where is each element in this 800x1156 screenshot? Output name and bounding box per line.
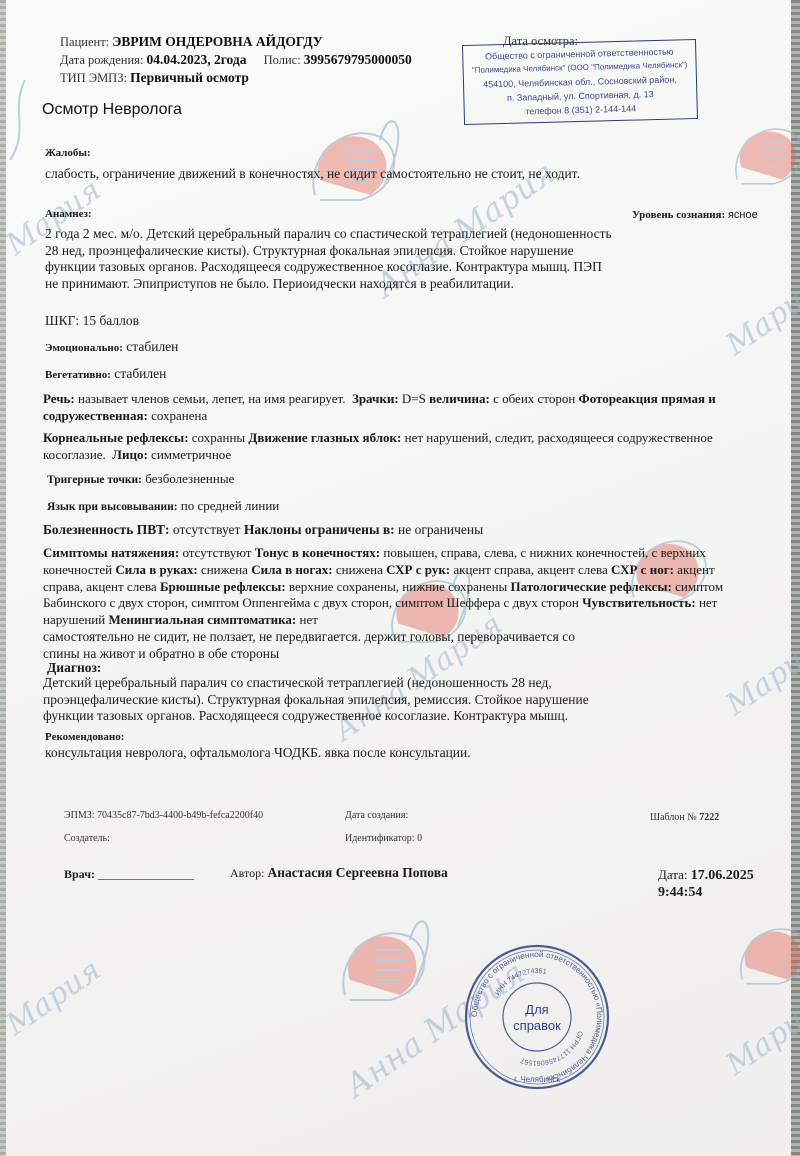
complaints-label: Жалобы: xyxy=(45,147,91,159)
charity-logo-watermark xyxy=(325,910,445,1020)
diagnosis-line: функции тазовых органов. Расходящееся со… xyxy=(43,708,683,725)
tongue-line: Язык при высовывании: по средней линии xyxy=(47,498,279,516)
dtr-arm-value: акцент справа, акцент слева xyxy=(453,562,607,577)
tone-value-cont: конечностей xyxy=(43,562,112,577)
anamnesis-line: функции тазовых органов. Расходящееся со… xyxy=(45,259,645,276)
emr-type-line: ТИП ЭМПЗ: Первичный осмотр xyxy=(60,69,249,87)
pupil-size-label: величина: xyxy=(429,391,490,406)
neuro-status-block: Симптомы натяжения: отсутствуют Тонус в … xyxy=(43,545,793,629)
watermark-script-text: Мария xyxy=(720,272,800,362)
status-line: самостоятельно не сидит, не ползает, не … xyxy=(43,629,663,646)
diagnosis-line: Детский церебральный паралич со спастиче… xyxy=(43,675,683,692)
recommended-label: Рекомендовано: xyxy=(45,731,124,743)
patient-label: Пациент: xyxy=(60,35,109,49)
anamnesis-line: не принимают. Эпиприступов не было. Пери… xyxy=(45,276,645,293)
template-number: Шаблон № 7222 xyxy=(650,812,719,823)
tongue-label: Язык при высовывании: xyxy=(47,501,178,513)
anamnesis-line: 28 нед, проэнцефалические кисты). Структ… xyxy=(45,243,645,260)
stamp-center-line: Для xyxy=(525,1002,548,1017)
anamnesis-line: 2 года 2 мес. м/о. Детский церебральный … xyxy=(45,226,645,243)
pvt-line: Болезненность ПВТ: отсутствует Наклоны о… xyxy=(43,522,483,539)
pupil-size-value: с обеих сторон xyxy=(493,391,575,406)
policy-label: Полис: xyxy=(264,53,301,67)
motor-status-text: самостоятельно не сидит, не ползает, не … xyxy=(43,629,663,662)
trigger-points-line: Тригерные точки: безболезненные xyxy=(47,471,234,489)
charity-logo-watermark xyxy=(300,110,410,220)
corneal-eye-block: Корнеальные рефлексы: сохранны Движение … xyxy=(43,430,783,463)
tone-label: Тонус в конечностях: xyxy=(255,545,380,560)
speech-value: называет членов семьи, лепет, на имя реа… xyxy=(78,391,345,406)
charity-logo-watermark xyxy=(730,900,800,1010)
stamp-inn: ИНН 7447274361 xyxy=(494,968,547,997)
organization-stamp: Общество с ограниченной ответственностью… xyxy=(462,39,698,125)
svg-text:Общество с ограниченной ответс: Общество с ограниченной ответственностью… xyxy=(470,950,604,1083)
photoreaction-label-cont: содружественная: xyxy=(43,408,148,423)
doctor-signature-line: Врач: ________________ xyxy=(64,867,194,882)
date-label: Дата: xyxy=(658,867,688,882)
round-company-stamp: Общество с ограниченной ответственностью… xyxy=(462,942,612,1092)
stamp-center-line: справок xyxy=(513,1018,561,1033)
dtr-arm-label: СХР с рук: xyxy=(386,562,450,577)
watermark-script-text: Мария xyxy=(720,632,800,722)
dob-label: Дата рождения: xyxy=(60,53,143,67)
patient-name: ЭВРИМ ОНДЕРОВНА АЙДОГДУ xyxy=(112,34,322,49)
tone-value: повышен, справа, слева, с нижних конечно… xyxy=(383,545,705,560)
document-title: Осмотр Невролога xyxy=(42,101,182,119)
arm-strength-label: Сила в руках: xyxy=(115,562,197,577)
photoreaction-label: Фотореакция прямая и xyxy=(579,391,716,406)
complaints-text: слабость, ограничение движений в конечно… xyxy=(45,166,580,183)
recommended-text: консультация невролога, офтальмолога ЧОД… xyxy=(45,745,471,762)
face-value: симметричное xyxy=(151,447,231,462)
vegetative-line: Вегетативно: стабилен xyxy=(45,366,166,384)
pupils-label: Зрачки: xyxy=(352,391,399,406)
pathologic-reflex-label: Патологические рефлексы: xyxy=(511,579,672,594)
policy-value: 3995679795000050 xyxy=(304,52,412,67)
eye-movement-value-cont: косоглазие. xyxy=(43,447,106,462)
template-label: Шаблон № xyxy=(650,812,697,823)
pvt-label: Болезненность ПВТ: xyxy=(43,522,170,537)
dtr-leg-label: СХР с ног: xyxy=(611,562,674,577)
status-line: спины на живот и обратно в обе стороны xyxy=(43,646,663,663)
gcs-value: 15 баллов xyxy=(83,313,139,328)
emotional-line: Эмоционально: стабилен xyxy=(45,339,178,357)
face-label: Лицо: xyxy=(112,447,148,462)
svg-text:ИНН 7447274361: ИНН 7447274361 xyxy=(494,968,547,997)
consciousness-value: ясное xyxy=(728,209,758,221)
emr-type-value: Первичный осмотр xyxy=(130,70,249,85)
time-value: 9:44:54 xyxy=(658,885,702,900)
author-value: Анастасия Сергеевна Попова xyxy=(267,865,447,880)
emr-id: ЭПМЗ: 70435c87-7bd3-4400-b49b-fefca2200f… xyxy=(64,810,263,821)
dob-line: Дата рождения: 04.04.2023, 2года Полис: … xyxy=(60,51,412,69)
dtr-leg-value-cont: справа, акцент слева xyxy=(43,579,157,594)
corneal-label: Корнеальные рефлексы: xyxy=(43,430,189,445)
identifier-line: Идентификатор: 0 xyxy=(345,833,422,844)
trigger-points-value: безболезненные xyxy=(145,471,234,486)
watermark-script-text: Мария xyxy=(0,952,107,1042)
tongue-value: по средней линии xyxy=(181,498,279,513)
consciousness-label: Уровень сознания: xyxy=(632,209,725,221)
created-date-label: Дата создания: xyxy=(345,810,408,821)
arm-strength-value: снижена xyxy=(201,562,248,577)
identifier-label: Идентификатор: xyxy=(345,833,415,844)
meningeal-value: нет xyxy=(300,612,318,627)
eye-movement-value: нет нарушений, следит, расходящееся содр… xyxy=(405,430,713,445)
corneal-value: сохранны xyxy=(192,430,245,445)
photoreaction-value: сохранена xyxy=(151,408,207,423)
speech-label: Речь: xyxy=(43,391,75,406)
tilt-value: не ограничены xyxy=(398,522,483,537)
stamp-ogrn: ОГРН 1177456061557 xyxy=(520,1030,584,1066)
tension-label: Симптомы натяжения: xyxy=(43,545,179,560)
charity-logo-watermark xyxy=(725,100,800,210)
gcs-line: ШКГ: 15 баллов xyxy=(45,313,139,330)
vegetative-label: Вегетативно: xyxy=(45,369,111,381)
emotional-value: стабилен xyxy=(126,339,178,354)
stamp-ring-text: Общество с ограниченной ответственностью… xyxy=(470,950,604,1083)
emotional-label: Эмоционально: xyxy=(45,342,123,354)
leg-strength-label: Сила в ногах: xyxy=(251,562,332,577)
date-value: 17.06.2025 xyxy=(691,868,754,883)
identifier-value: 0 xyxy=(417,833,422,844)
anamnesis-label: Анамнез: xyxy=(45,208,92,220)
leg-strength-value: снижена xyxy=(336,562,383,577)
pvt-value: отсутствует xyxy=(173,522,241,537)
author-line: Автор: Анастасия Сергеевна Попова xyxy=(230,865,448,881)
pupils-value: D=S xyxy=(402,391,426,406)
anamnesis-text: 2 года 2 мес. м/о. Детский церебральный … xyxy=(45,226,645,292)
sensitivity-label: Чувствительность: xyxy=(582,595,696,610)
doctor-label: Врач: xyxy=(64,867,95,881)
template-value: 7222 xyxy=(699,812,719,823)
sensitivity-value: нет xyxy=(699,595,717,610)
watermark-script-text: Анна Мария xyxy=(338,953,532,1104)
vegetative-value: стабилен xyxy=(114,366,166,381)
dtr-leg-value: акцент xyxy=(677,562,714,577)
scan-edge-left xyxy=(0,0,6,1156)
creator-label: Создатель: xyxy=(64,833,110,844)
stamp-city: г. Челябинск xyxy=(514,1075,560,1084)
patient-line: Пациент: ЭВРИМ ОНДЕРОВНА АЙДОГДУ xyxy=(60,33,323,51)
eye-movement-label: Движение глазных яблок: xyxy=(248,430,401,445)
diagnosis-text: Детский церебральный паралич со спастиче… xyxy=(43,675,683,725)
consciousness-level: Уровень сознания: ясное xyxy=(632,209,758,221)
pathologic-reflex-value: симптом xyxy=(675,579,723,594)
doctor-signature-field: ________________ xyxy=(98,867,194,881)
document-page: Мария Анна Мария Мария Анна Мария Мария … xyxy=(0,0,800,1156)
watermark-script-text: Мария xyxy=(720,992,800,1082)
signed-datetime: Дата: 17.06.2025 9:44:54 xyxy=(658,867,754,901)
diagnosis-line: проэнцефалические кисты). Структурная фо… xyxy=(43,692,683,709)
abdominal-reflex-label: Брюшные рефлексы: xyxy=(160,579,286,594)
emr-type-label: ТИП ЭМПЗ: xyxy=(60,71,127,85)
tilt-label: Наклоны ограничены в: xyxy=(244,522,395,537)
author-label: Автор: xyxy=(230,866,264,880)
abdominal-reflex-value: верхние сохранены, нижние сохранены xyxy=(289,579,507,594)
gcs-label: ШКГ: xyxy=(45,313,79,328)
dob-value: 04.04.2023, 2года xyxy=(147,52,247,67)
trigger-points-label: Тригерные точки: xyxy=(47,474,142,486)
tension-value: отсутствуют xyxy=(182,545,251,560)
svg-text:ОГРН 1177456061557: ОГРН 1177456061557 xyxy=(520,1030,584,1066)
pathologic-reflex-value-cont: Бабинского с двух сторон, симптом Оппенг… xyxy=(43,595,579,610)
speech-pupils-block: Речь: называет членов семьи, лепет, на и… xyxy=(43,391,783,424)
sensitivity-value-cont: нарушений xyxy=(43,612,105,627)
meningeal-label: Менингиальная симптоматика: xyxy=(108,612,296,627)
